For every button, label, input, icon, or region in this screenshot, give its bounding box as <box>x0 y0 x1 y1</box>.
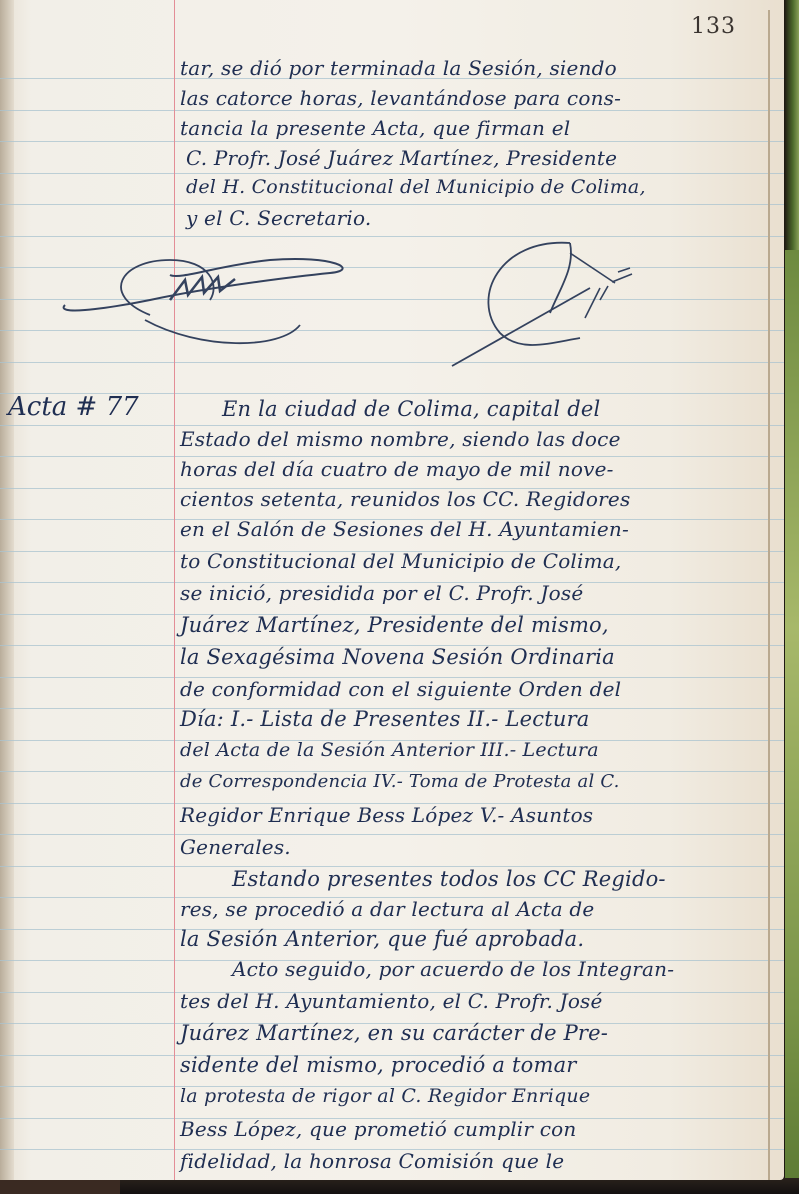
body-line: res, se procedió a dar lectura al Acta d… <box>180 897 594 921</box>
binding-gutter <box>0 0 14 1180</box>
body-line: Juárez Martínez, en su carácter de Pre- <box>180 1021 608 1045</box>
continuation-line: las catorce horas, levantándose para con… <box>180 86 621 110</box>
ruled-line <box>0 141 784 142</box>
ledger-page: 133 tar, se dió por terminada la Sesión,… <box>0 0 784 1180</box>
body-line: de conformidad con el siguiente Orden de… <box>180 677 621 701</box>
acta-number-label: Acta # 77 <box>8 392 139 422</box>
body-line: Bess López, que prometió cumplir con <box>180 1117 576 1141</box>
page-bottom-shadow <box>120 1178 799 1194</box>
ruled-line <box>0 173 784 174</box>
ruled-line <box>0 425 784 426</box>
body-line: cientos setenta, reunidos los CC. Regido… <box>180 487 630 511</box>
ruled-line <box>0 834 784 835</box>
body-line: Día: I.- Lista de Presentes II.- Lectura <box>180 707 590 731</box>
body-line: Estado del mismo nombre, siendo las doce <box>180 427 621 451</box>
body-line: Generales. <box>180 835 291 859</box>
continuation-line: del H. Constitucional del Municipio de C… <box>186 176 646 198</box>
continuation-line: tancia la presente Acta, que firman el <box>180 116 570 140</box>
body-line: en el Salón de Sesiones del H. Ayuntamie… <box>180 517 629 541</box>
background-foliage <box>785 250 799 1194</box>
ruled-line <box>0 110 784 111</box>
body-line: la Sesión Anterior, que fué aprobada. <box>180 927 584 951</box>
body-line: Acto seguido, por acuerdo de los Integra… <box>232 957 674 981</box>
body-line: del Acta de la Sesión Anterior III.- Lec… <box>180 739 599 761</box>
page-edge <box>768 10 770 1180</box>
body-line: horas del día cuatro de mayo de mil nove… <box>180 457 614 481</box>
body-line: la Sexagésima Novena Sesión Ordinaria <box>180 645 615 669</box>
body-line: fidelidad, la honrosa Comisión que le <box>180 1149 564 1173</box>
page-number: 133 <box>691 14 736 39</box>
body-line: Juárez Martínez, Presidente del mismo, <box>180 613 609 637</box>
body-line: to Constitucional del Municipio de Colim… <box>180 549 621 573</box>
body-line: se inició, presidida por el C. Profr. Jo… <box>180 581 583 605</box>
body-line: la protesta de rigor al C. Regidor Enriq… <box>180 1085 590 1107</box>
signature-right <box>440 238 700 378</box>
ruled-line <box>0 236 784 237</box>
body-line: tes del H. Ayuntamiento, el C. Profr. Jo… <box>180 989 603 1013</box>
signature-left <box>60 255 420 365</box>
body-line: Regidor Enrique Bess López V.- Asuntos <box>180 803 593 827</box>
ruled-line <box>0 204 784 205</box>
body-line: En la ciudad de Colima, capital del <box>222 397 600 421</box>
continuation-line: tar, se dió por terminada la Sesión, sie… <box>180 56 617 80</box>
continuation-line: C. Profr. José Juárez Martínez, Presiden… <box>186 146 617 170</box>
red-margin-line <box>174 0 175 1180</box>
continuation-line: y el C. Secretario. <box>186 206 371 230</box>
body-line: de Correspondencia IV.- Toma de Protesta… <box>180 771 620 792</box>
body-line: sidente del mismo, procedió a tomar <box>180 1053 577 1077</box>
body-line: Estando presentes todos los CC Regido- <box>232 867 666 891</box>
